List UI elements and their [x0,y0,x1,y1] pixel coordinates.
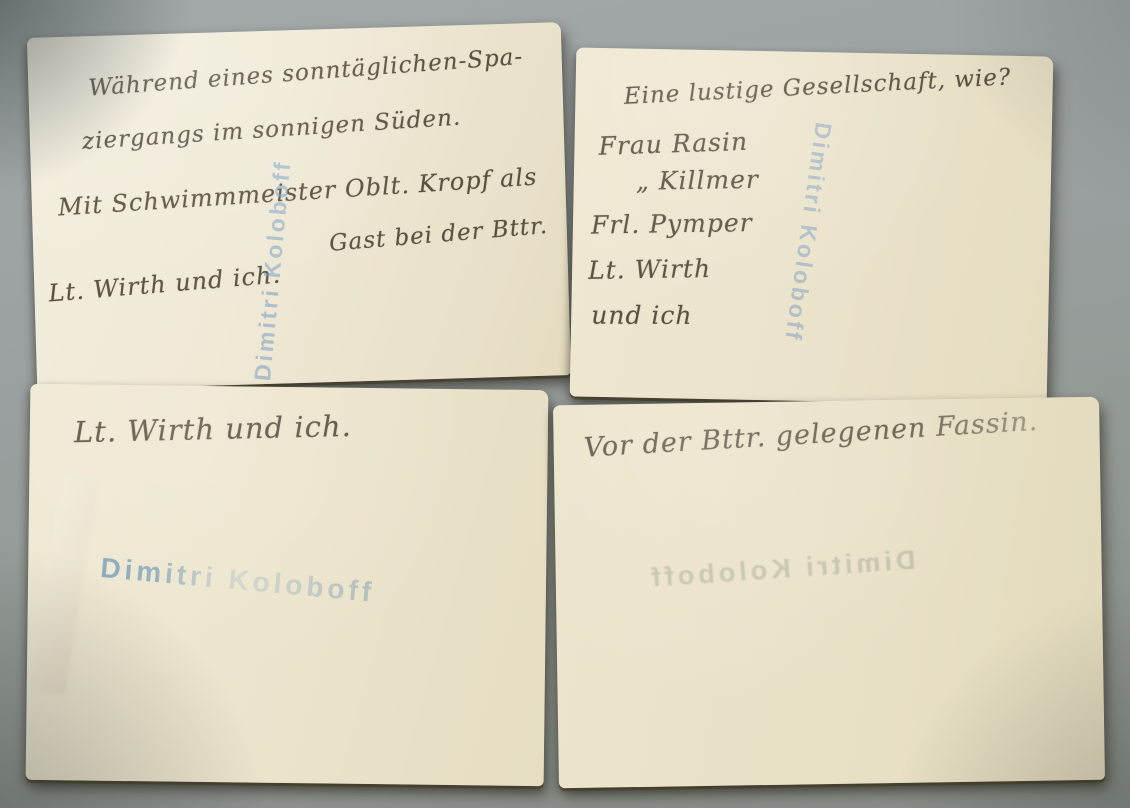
collector-ink-stamp-vertical: Dimitri Koloboff [779,121,837,344]
handwriting-line: Lt. Wirth und ich. [47,261,282,308]
handwriting-line: und ich [591,301,692,330]
photo-card-top-right: Eine lustige Gesellschaft, wie? Frau Ras… [570,47,1054,405]
collector-ink-stamp-vertical: Dimitri Koloboff [249,159,296,382]
handwriting-line: „ Killmer [636,165,759,196]
handwriting-line: Eine lustige Gesellschaft, wie? [623,64,1012,110]
photo-of-four-card-backs: Während eines sonntäglichen-Spa- ziergan… [0,0,1130,808]
handwriting-line: Lt. Wirth und ich. [74,409,353,449]
photo-card-surface: Eine lustige Gesellschaft, wie? Frau Ras… [570,47,1054,405]
photo-card-top-left: Während eines sonntäglichen-Spa- ziergan… [27,22,571,391]
photo-card-surface: Vor der Bttr. gelegenen Fassin. Dimitri … [553,397,1105,789]
photo-card-bottom-right: Vor der Bttr. gelegenen Fassin. Dimitri … [553,397,1105,789]
photo-card-surface: Lt. Wirth und ich. Dimitri Koloboff [26,384,549,786]
handwriting-line: Gast bei der Bttr. [328,213,549,257]
handwriting-line: Frl. Pymper [591,208,753,240]
handwriting-line: Während eines sonntäglichen-Spa- [88,44,524,102]
blind-emboss-mark [30,473,99,696]
handwriting-line: Frau Rasin [598,127,748,161]
handwriting-line: Vor der Bttr. gelegenen Fassin. [583,406,1039,464]
collector-ink-stamp-mirrored: Dimitri Koloboff [647,545,916,594]
handwriting-line: Lt. Wirth [588,254,711,285]
photo-card-surface: Während eines sonntäglichen-Spa- ziergan… [27,22,571,391]
photo-card-bottom-left: Lt. Wirth und ich. Dimitri Koloboff [26,384,549,786]
handwriting-line: Mit Schwimmmeister Oblt. Kropf als [57,163,538,222]
handwriting-line: ziergangs im sonnigen Süden. [81,105,462,155]
collector-ink-stamp-horizontal: Dimitri Koloboff [99,552,376,609]
